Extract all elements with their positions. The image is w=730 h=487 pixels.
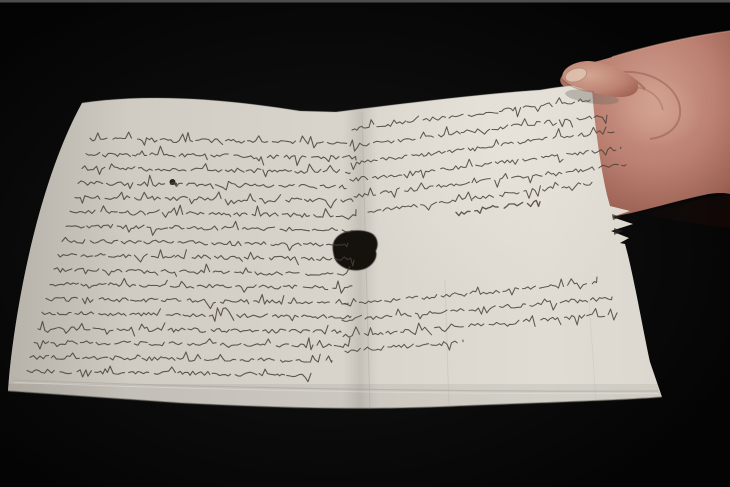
- seal-hole: [333, 230, 378, 270]
- letter-photo-canvas: [0, 0, 730, 487]
- photo-of-letter: [0, 0, 730, 487]
- photo-top-border: [0, 0, 730, 3]
